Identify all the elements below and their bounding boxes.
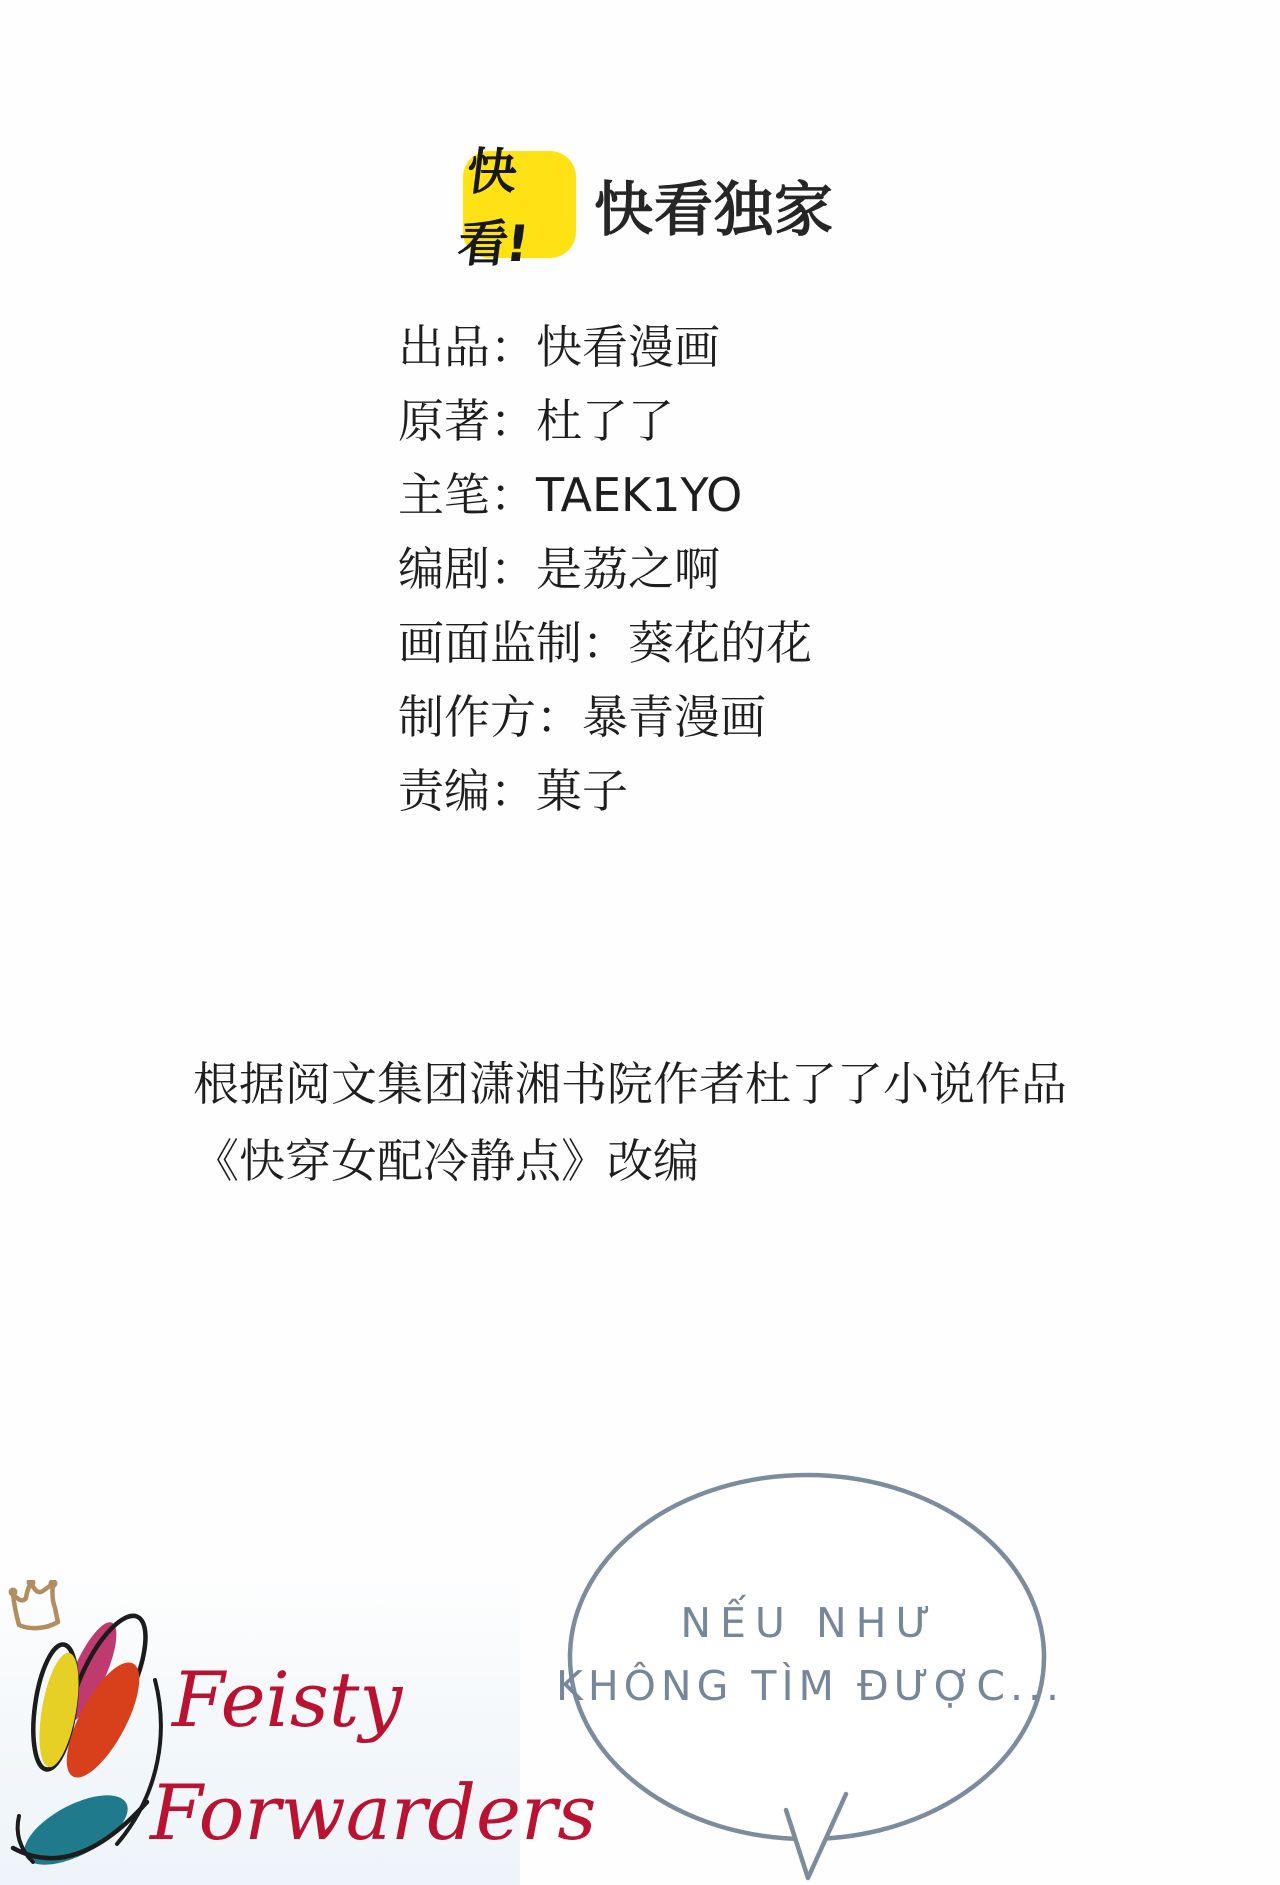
butterfly-petals-icon — [13, 1606, 161, 1879]
credit-line-artist: 主笔：TAEK1YO — [398, 458, 812, 532]
adaptation-line-2: 《快穿女配冷静点》改编 — [193, 1123, 1067, 1200]
credit-line-editor: 责编：菓子 — [398, 754, 812, 828]
credit-line-author: 原著：杜了了 — [398, 384, 812, 458]
credit-line-studio: 制作方：暴青漫画 — [398, 680, 812, 754]
adaptation-note: 根据阅文集团潇湘书院作者杜了了小说作品 《快穿女配冷静点》改编 — [193, 1046, 1067, 1200]
publisher-logo: 快看! 快看独家 — [463, 150, 834, 258]
kuaikan-logo-icon: 快看! — [463, 151, 576, 258]
credit-line-writer: 编剧：是荔之啊 — [398, 532, 812, 606]
kuaikan-logo-text: 快看! — [454, 132, 585, 276]
adaptation-line-1: 根据阅文集团潇湘书院作者杜了了小说作品 — [193, 1046, 1067, 1123]
group-name-forwarders: Forwarders — [150, 1768, 596, 1857]
crown-icon — [11, 1580, 58, 1628]
credit-line-supervisor: 画面监制：葵花的花 — [398, 606, 812, 680]
speech-bubble-outline — [570, 1475, 1044, 1839]
publisher-title: 快看独家 — [594, 162, 834, 247]
credits-list: 出品：快看漫画 原著：杜了了 主笔：TAEK1YO 编剧：是荔之啊 画面监制：葵… — [398, 310, 812, 828]
group-name-feisty: Feisty — [172, 1655, 402, 1744]
speech-bubble-line-1: NẾU NHƯ — [540, 1599, 1080, 1647]
credit-line-producer: 出品：快看漫画 — [398, 310, 812, 384]
speech-bubble-line-2: KHÔNG TÌM ĐƯỢC... — [540, 1662, 1080, 1710]
